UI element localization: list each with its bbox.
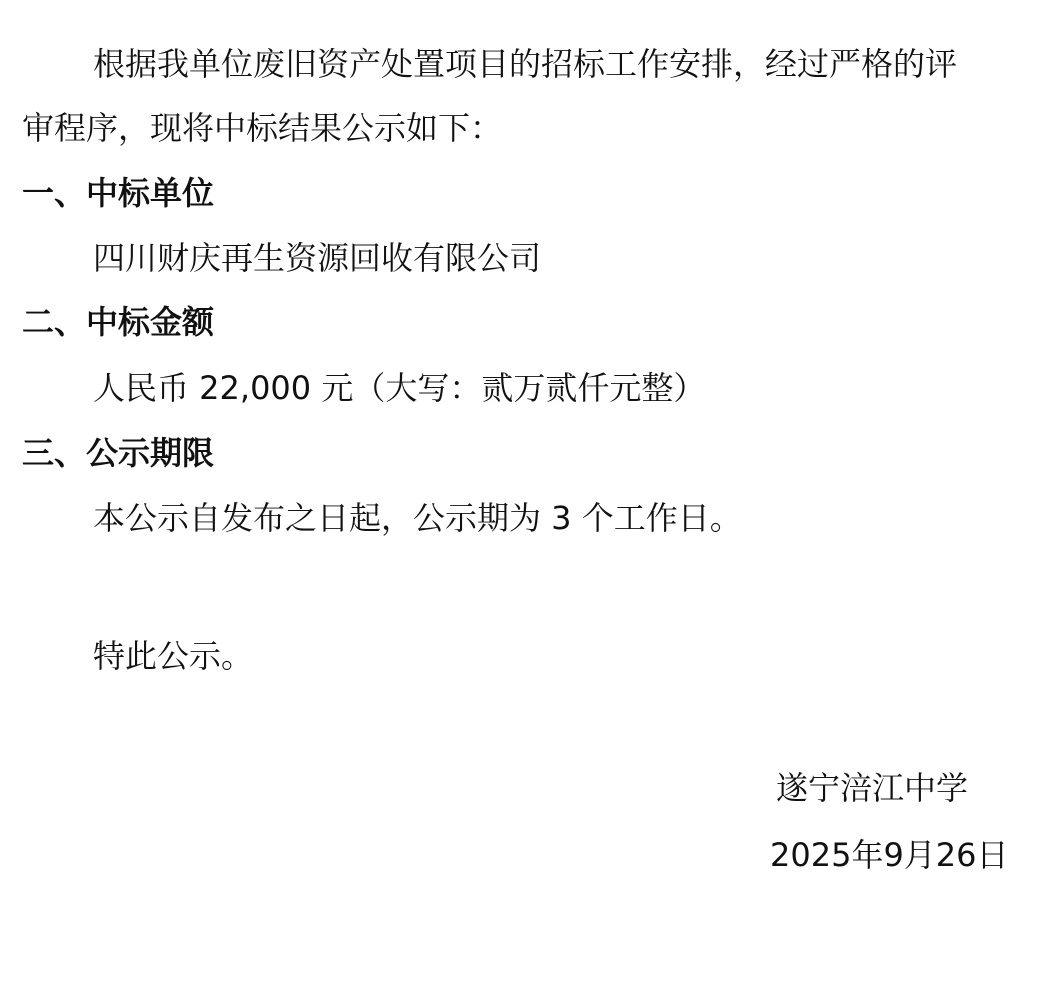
intro-paragraph-line-1: 根据我单位废旧资产处置项目的招标工作安排，经过严格的评 <box>93 44 957 84</box>
intro-paragraph-line-2: 审程序，现将中标结果公示如下： <box>22 108 502 148</box>
bid-amount-value: 人民币 22,000 元（大写：贰万贰仟元整） <box>93 368 705 408</box>
closing-statement: 特此公示。 <box>93 636 253 676</box>
signature-date: 2025年9月26日 <box>770 835 1009 875</box>
section-heading-publicity-period: 三、公示期限 <box>22 433 214 473</box>
publicity-period-text: 本公示自发布之日起，公示期为 3 个工作日。 <box>93 498 742 538</box>
signature-organization: 遂宁涪江中学 <box>776 768 968 808</box>
section-heading-winning-bidder: 一、中标单位 <box>22 173 214 213</box>
winning-bidder-name: 四川财庆再生资源回收有限公司 <box>93 238 541 278</box>
section-heading-bid-amount: 二、中标金额 <box>22 302 214 342</box>
